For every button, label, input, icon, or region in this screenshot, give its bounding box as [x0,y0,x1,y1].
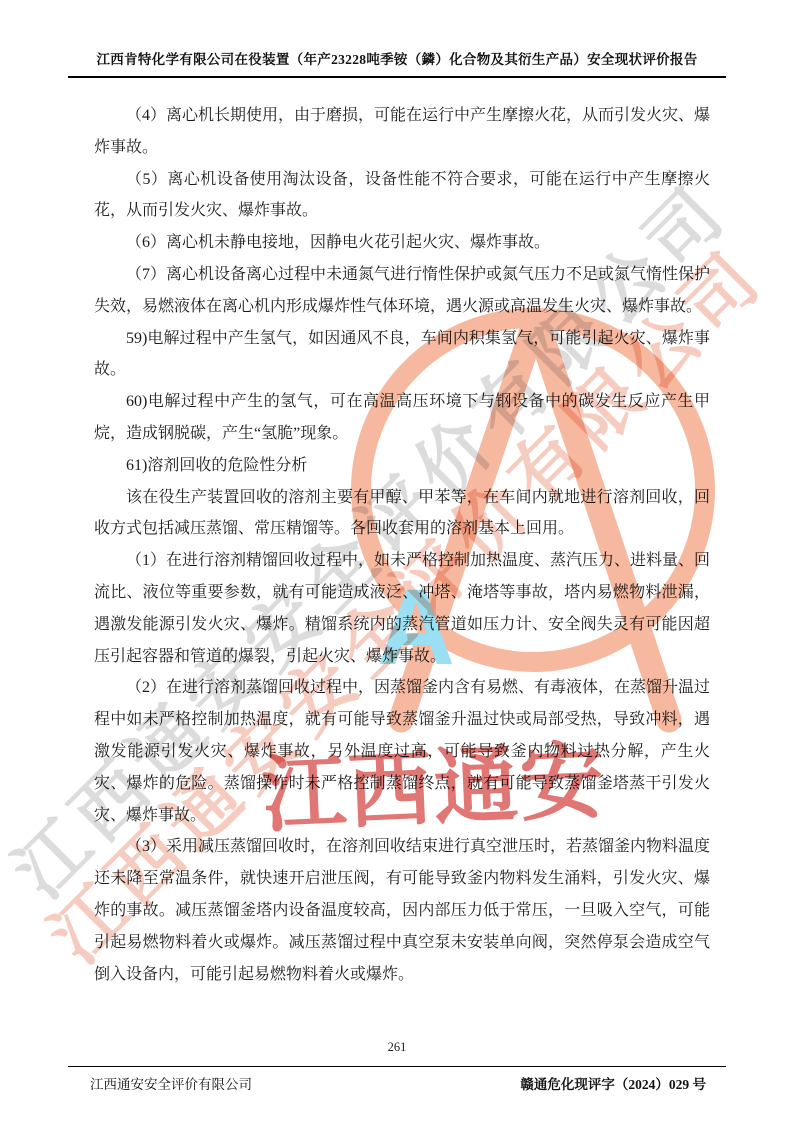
paragraph: （4）离心机长期使用，由于磨损，可能在运行中产生摩擦火花，从而引发火灾、爆炸事故… [94,100,710,164]
paragraph: （2）在进行溶剂蒸馏回收过程中，因蒸馏釜内含有易燃、有毒液体，在蒸馏升温过程中如… [94,672,710,831]
footer-document-number: 赣通危化现评字（2024）029 号 [520,1073,706,1093]
paragraph: 60)电解过程中产生的氢气，可在高温高压环境下与钢设备中的碳发生反应产生甲烷，造… [94,386,710,450]
footer-company-name: 江西通安安全评价有限公司 [90,1073,252,1093]
page-header: 江西肯特化学有限公司在役装置（年产23228吨季铵（鏻）化合物及其衍生产品）安全… [68,48,726,68]
paragraph: 59)电解过程中产生氢气，如因通风不良，车间内积集氢气，可能引起火灾、爆炸事故。 [94,323,710,387]
paragraph: （1）在进行溶剂精馏回收过程中，如未严格控制加热温度、蒸汽压力、进料量、回流比、… [94,545,710,672]
paragraph: （3）采用减压蒸馏回收时，在溶剂回收结束进行真空泄压时，若蒸馏釜内物料温度还未降… [94,831,710,990]
footer-rule [68,1066,726,1067]
paragraph: （5）离心机设备使用淘汰设备，设备性能不符合要求，可能在运行中产生摩擦火花，从而… [94,164,710,228]
body-paragraphs: （4）离心机长期使用，由于磨损，可能在运行中产生摩擦火花，从而引发火灾、爆炸事故… [94,100,710,990]
paragraph: （7）离心机设备离心过程中未通氮气进行惰性保护或氮气压力不足或氮气惰性保护失效，… [94,259,710,323]
report-page: 江西肯特化学有限公司在役装置（年产23228吨季铵（鏻）化合物及其衍生产品）安全… [0,0,794,1123]
header-title: 江西肯特化学有限公司在役装置（年产23228吨季铵（鏻）化合物及其衍生产品）安全… [68,48,726,68]
paragraph: 该在役生产装置回收的溶剂主要有甲醇、甲苯等，在车间内就地进行溶剂回收，回收方式包… [94,482,710,546]
page-number: 261 [0,1040,794,1055]
paragraph: 61)溶剂回收的危险性分析 [94,450,710,482]
paragraph: （6）离心机未静电接地，因静电火花引起火灾、爆炸事故。 [94,227,710,259]
header-rule [68,76,726,78]
